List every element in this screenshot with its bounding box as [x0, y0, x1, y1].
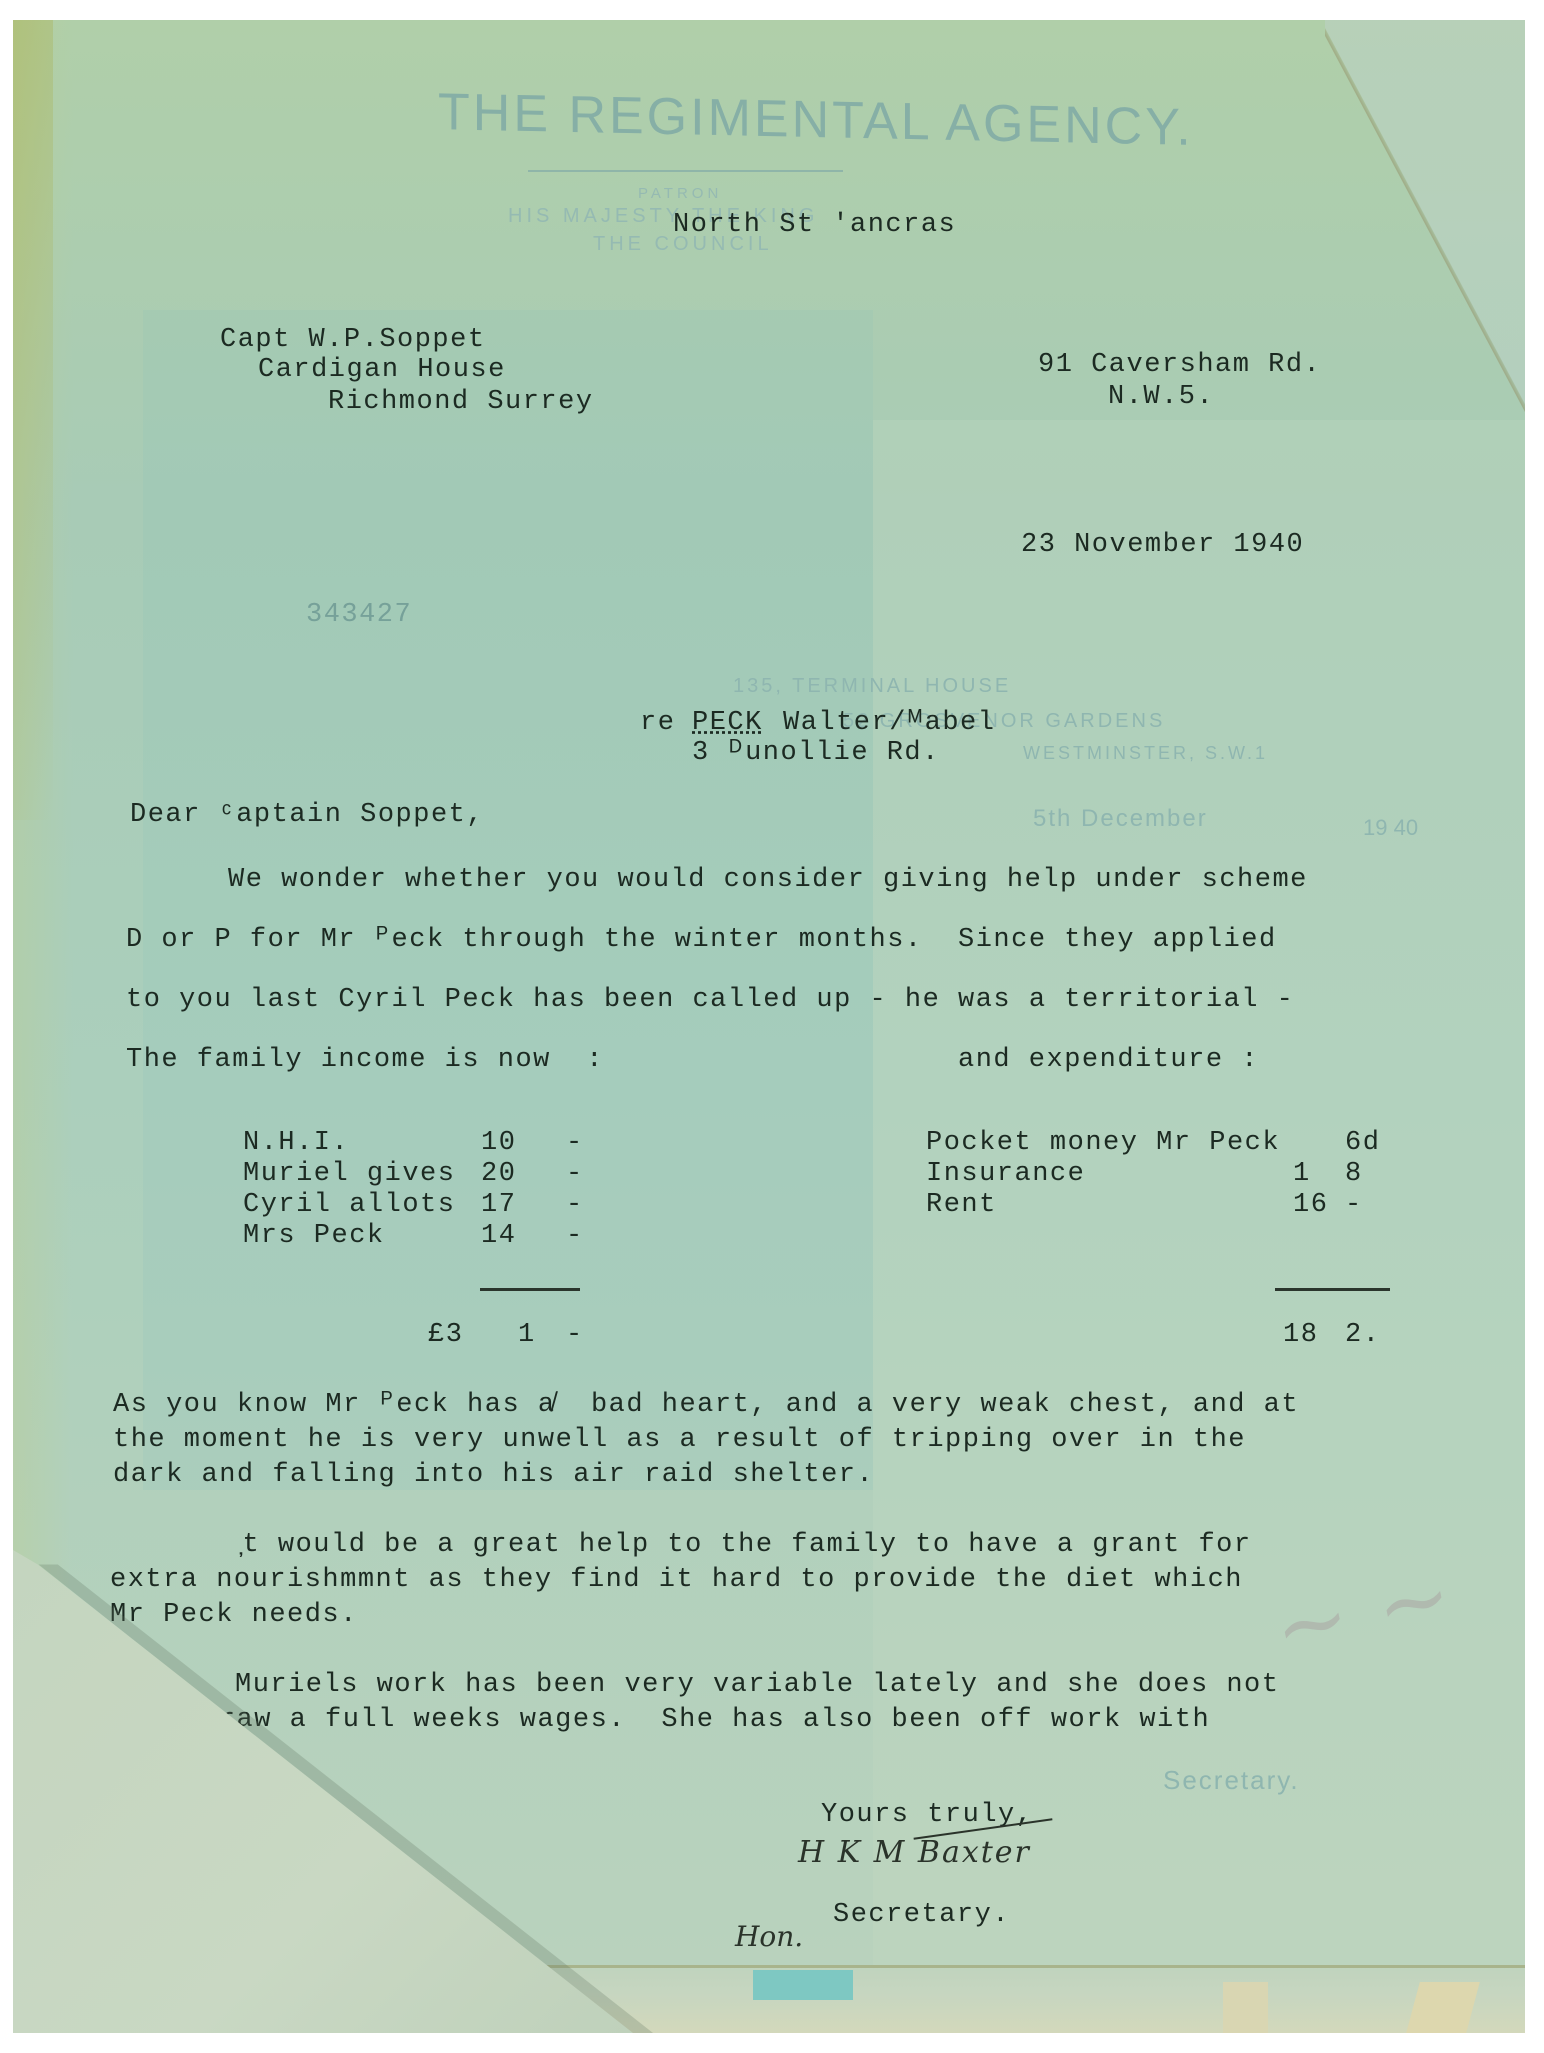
paragraph-line: As you know Mr ᴾeck has a̸ bad heart, an…: [113, 1390, 1299, 1420]
income-row-pence: -: [566, 1128, 584, 1158]
expenditure-total-pence: 2.: [1345, 1320, 1380, 1350]
subject-address: 3 ᴰunollie Rd.: [692, 738, 940, 768]
paragraph-line: ̦t would be a great help to the family t…: [241, 1530, 1252, 1560]
paragraph-line: the moment he is very unwell as a result…: [113, 1425, 1246, 1455]
file-tab: [753, 1970, 853, 2000]
expenditure-total-shillings: 18: [1283, 1320, 1318, 1350]
income-heading: The family income is now :: [126, 1045, 604, 1075]
paragraph-line: dark and falling into his air raid shelt…: [113, 1460, 874, 1490]
income-row-pence: -: [566, 1190, 584, 1220]
income-row-label: N.H.I.: [243, 1128, 349, 1158]
letterhead-rule: [528, 170, 843, 172]
reference-number: 343427: [306, 600, 412, 630]
income-row-pence: -: [566, 1221, 584, 1251]
income-total-shillings: 1: [518, 1320, 536, 1350]
subject-prefix: re: [640, 708, 675, 738]
expenditure-row-pence: 6d: [1345, 1128, 1380, 1158]
expenditure-row-pence: 8: [1345, 1159, 1363, 1189]
document-photo: THE REGIMENTAL AGENCY. PATRON HIS MAJEST…: [13, 20, 1525, 2033]
bleed-through-text: 19 40: [1363, 815, 1418, 841]
page-fold: [1325, 20, 1525, 420]
expenditure-total-rule: [1275, 1288, 1390, 1291]
income-row-shillings: 14: [481, 1221, 516, 1251]
paragraph-line: extra nourishmmnt as they find it hard t…: [110, 1565, 1243, 1595]
subject-names: Walter/ᴹabel: [783, 708, 995, 738]
expenditure-row-label: Pocket money Mr Peck: [926, 1128, 1280, 1158]
recipient-line: Richmond Surrey: [328, 387, 594, 417]
paragraph-line: Muriels work has been very variable late…: [235, 1670, 1279, 1700]
recipient-line: Capt W.P.Soppet: [220, 325, 486, 355]
letter-date: 23 November 1940: [1021, 530, 1304, 560]
expenditure-row-shillings: 16: [1293, 1190, 1328, 1220]
paragraph-line: Mr Peck needs.: [110, 1600, 358, 1630]
signature-hon-prefix: Hon.: [735, 1920, 803, 1953]
expenditure-row-shillings: 1: [1293, 1159, 1311, 1189]
sender-line: N.W.5.: [1108, 382, 1214, 412]
bleed-through-text: 5th December: [1033, 805, 1208, 833]
letter-page: THE REGIMENTAL AGENCY. PATRON HIS MAJEST…: [13, 20, 1525, 1968]
page-edge: [13, 20, 53, 820]
income-row-label: Cyril allots: [243, 1190, 455, 1220]
signature: H K M Baxter: [798, 1835, 1031, 1870]
income-total-pounds: £3: [428, 1320, 463, 1350]
paragraph-line: D or P for Mr ᴾeck through the winter mo…: [126, 925, 1277, 955]
paragraph-line: to you last Cyril Peck has been called u…: [126, 985, 1294, 1015]
recipient-line: Cardigan House: [258, 355, 506, 385]
sender-line: 91 Caversham Rd.: [1038, 350, 1321, 380]
income-total-rule: [480, 1288, 580, 1291]
expenditure-row-label: Insurance: [926, 1159, 1085, 1189]
expenditure-row-pence: -: [1345, 1190, 1363, 1220]
paragraph-line: ʼs draw a full weeks wages. She has also…: [148, 1705, 1210, 1735]
income-row-label: Muriel gives: [243, 1159, 455, 1189]
signatory-title: Secretary.: [833, 1900, 1010, 1930]
income-row-shillings: 10: [481, 1128, 516, 1158]
expenditure-row-label: Rent: [926, 1190, 997, 1220]
letterhead-title: THE REGIMENTAL AGENCY.: [438, 82, 1194, 158]
income-total-pence: -: [566, 1320, 584, 1350]
subject-surname: PECK: [692, 708, 763, 738]
income-row-shillings: 17: [481, 1190, 516, 1220]
paragraph-line: We wonder whether you would consider giv…: [228, 865, 1308, 895]
income-row-pence: -: [566, 1159, 584, 1189]
salutation: Dear ᶜaptain Soppet,: [130, 800, 484, 830]
bleed-through-text: Secretary.: [1163, 1765, 1300, 1796]
expenditure-heading: and expenditure :: [958, 1045, 1259, 1075]
branch-name: North St ʹancras: [673, 210, 956, 240]
bleed-through-text: 135, TERMINAL HOUSE: [733, 675, 1011, 698]
letterhead-patron-label: PATRON: [638, 185, 722, 202]
income-row-shillings: 20: [481, 1159, 516, 1189]
bleed-through-text: WESTMINSTER, S.W.1: [1023, 743, 1268, 764]
income-row-label: Mrs Peck: [243, 1221, 385, 1251]
file-tape: [1223, 1982, 1268, 2033]
